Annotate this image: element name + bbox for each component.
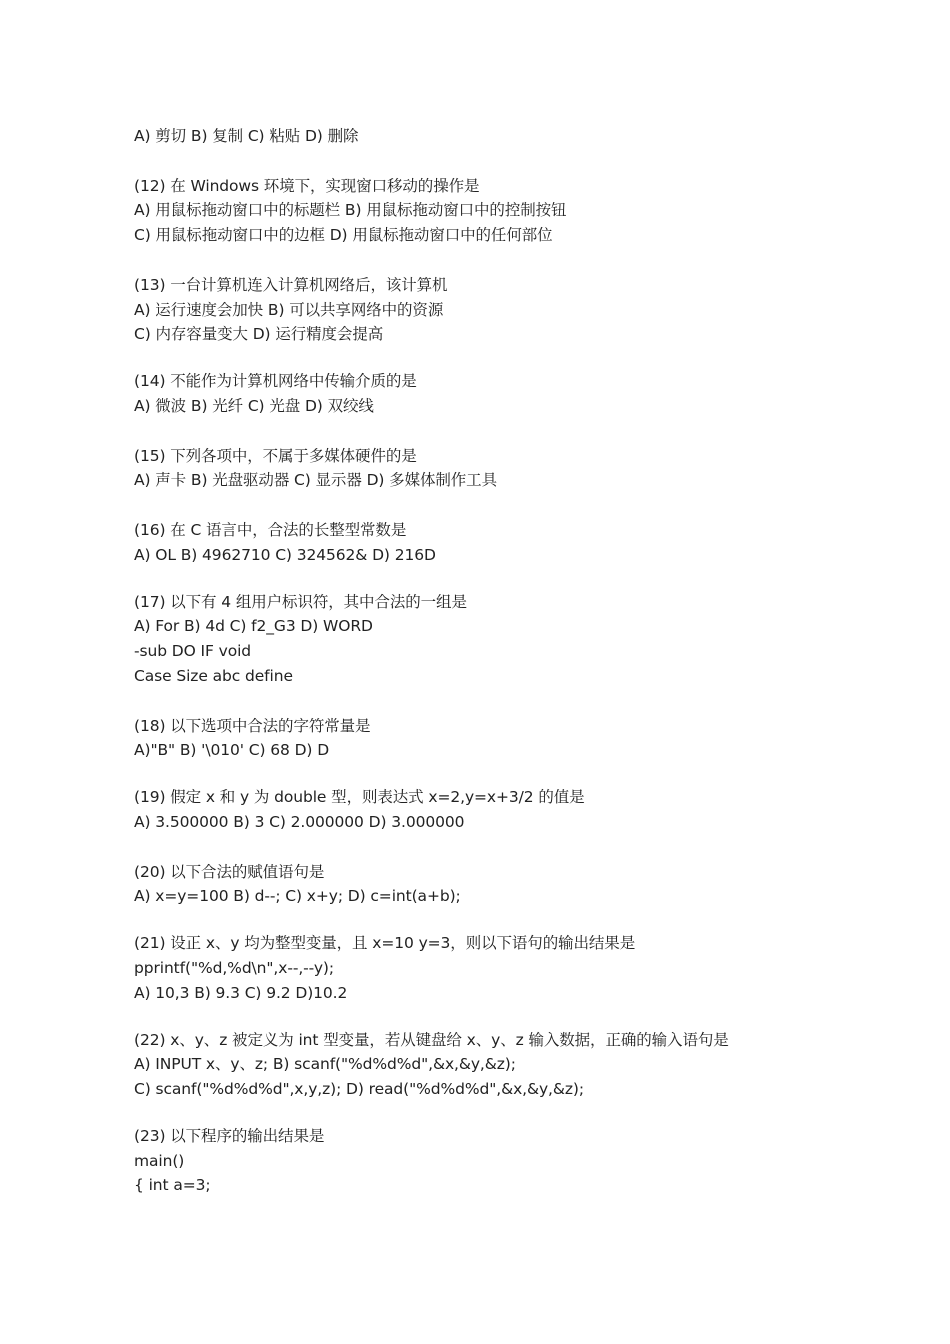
q22-options-cd: C) scanf("%d%d%d",x,y,z); D) read("%d%d%… <box>134 1077 894 1102</box>
spacer <box>134 689 894 714</box>
q17-options-row1: A) For B) 4d C) f2_G3 D) WORD <box>134 614 894 639</box>
q17-options-row3: Case Size abc define <box>134 664 894 689</box>
q21-code: pprintf("%d,%d\n",x--,--y); <box>134 956 894 981</box>
q14-options: A) 微波 B) 光纤 C) 光盘 D) 双绞线 <box>134 394 894 419</box>
spacer <box>134 149 894 174</box>
q12-options-cd: C) 用鼠标拖动窗口中的边框 D) 用鼠标拖动窗口中的任何部位 <box>134 223 894 248</box>
document-page: A) 剪切 B) 复制 C) 粘贴 D) 删除 (12) 在 Windows 环… <box>134 124 894 1198</box>
q12-options-ab: A) 用鼠标拖动窗口中的标题栏 B) 用鼠标拖动窗口中的控制按钮 <box>134 198 894 223</box>
q12-question: (12) 在 Windows 环境下，实现窗口移动的操作是 <box>134 174 894 199</box>
q17-options-row2: -sub DO IF void <box>134 639 894 664</box>
q16-options: A) OL B) 4962710 C) 324562& D) 216D <box>134 543 894 568</box>
q15-options: A) 声卡 B) 光盘驱动器 C) 显示器 D) 多媒体制作工具 <box>134 468 894 493</box>
q22-question: (22) x、y、z 被定义为 int 型变量，若从键盘给 x、y、z 输入数据… <box>134 1028 894 1053</box>
spacer <box>134 763 894 785</box>
spacer <box>134 347 894 369</box>
q20-question: (20) 以下合法的赋值语句是 <box>134 860 894 885</box>
q23-code-line2: { int a=3; <box>134 1173 894 1198</box>
q18-options: A)"B" B) '\010' C) 68 D) D <box>134 738 894 763</box>
q13-options-ab: A) 运行速度会加快 B) 可以共享网络中的资源 <box>134 298 894 323</box>
q14-question: (14) 不能作为计算机网络中传输介质的是 <box>134 369 894 394</box>
q11-options: A) 剪切 B) 复制 C) 粘贴 D) 删除 <box>134 124 894 149</box>
q13-options-cd: C) 内存容量变大 D) 运行精度会提高 <box>134 322 894 347</box>
q23-code-line1: main() <box>134 1149 894 1174</box>
q21-options: A) 10,3 B) 9.3 C) 9.2 D)10.2 <box>134 981 894 1006</box>
spacer <box>134 909 894 931</box>
q21-question: (21) 设正 x、y 均为整型变量，且 x=10 y=3，则以下语句的输出结果… <box>134 931 894 956</box>
q15-question: (15) 下列各项中，不属于多媒体硬件的是 <box>134 444 894 469</box>
q23-question: (23) 以下程序的输出结果是 <box>134 1124 894 1149</box>
q16-question: (16) 在 C 语言中，合法的长整型常数是 <box>134 518 894 543</box>
spacer <box>134 568 894 590</box>
q18-question: (18) 以下选项中合法的字符常量是 <box>134 714 894 739</box>
q19-options: A) 3.500000 B) 3 C) 2.000000 D) 3.000000 <box>134 810 894 835</box>
spacer <box>134 835 894 860</box>
q19-question: (19) 假定 x 和 y 为 double 型，则表达式 x=2,y=x+3/… <box>134 785 894 810</box>
q17-question: (17) 以下有 4 组用户标识符，其中合法的一组是 <box>134 590 894 615</box>
spacer <box>134 493 894 518</box>
spacer <box>134 248 894 273</box>
q22-options-ab: A) INPUT x、y、z; B) scanf("%d%d%d",&x,&y,… <box>134 1052 894 1077</box>
q13-question: (13) 一台计算机连入计算机网络后，该计算机 <box>134 273 894 298</box>
spacer <box>134 419 894 444</box>
spacer <box>134 1006 894 1028</box>
q20-options: A) x=y=100 B) d--; C) x+y; D) c=int(a+b)… <box>134 884 894 909</box>
spacer <box>134 1102 894 1124</box>
